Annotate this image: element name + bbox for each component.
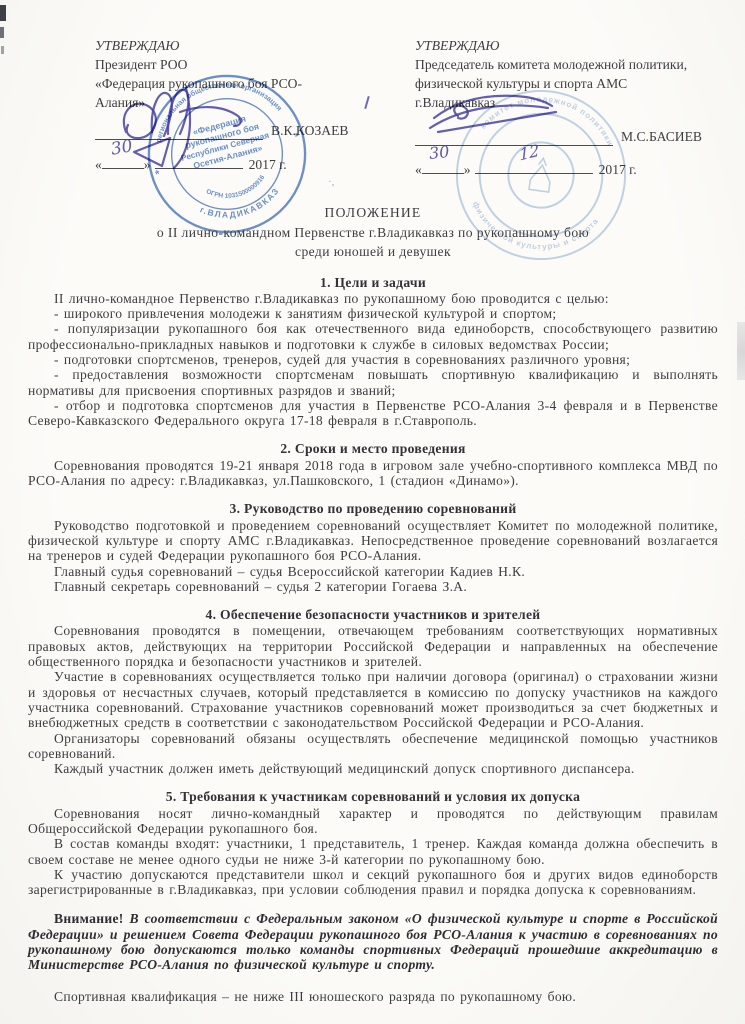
- approve-label: УТВЕРЖДАЮ: [415, 36, 737, 55]
- section-management: 3. Руководство по проведению соревновани…: [28, 501, 718, 594]
- handwritten-day: 30: [428, 142, 450, 163]
- quote-open: «: [95, 157, 102, 172]
- section-heading: 5. Требования к участникам соревнований …: [28, 789, 718, 804]
- document-subtitle: среди юношей и девушек: [28, 242, 718, 262]
- document-subtitle: о II лично-командном Первенстве г.Владик…: [28, 223, 718, 243]
- approve-label: УТВЕРЖДАЮ: [95, 36, 387, 55]
- document-body: ПОЛОЖЕНИЕ о II лично-командном Первенств…: [28, 203, 718, 1004]
- paragraph: К участию допускаются представители школ…: [28, 867, 718, 898]
- attention-text: В соответствии с Федеральным законом «О …: [28, 911, 718, 972]
- paragraph: Руководство подготовкой и проведением со…: [28, 518, 718, 564]
- paragraph: Организаторы соревнований обязаны осущес…: [28, 731, 718, 762]
- list-item: - подготовки спортсменов, тренеров, суде…: [28, 352, 718, 367]
- scan-edge-mark: [0, 5, 6, 21]
- paragraph: II лично-командное Первенство г.Владикав…: [28, 291, 718, 306]
- emblem-icon: [529, 157, 553, 192]
- scan-dot-mark: ·,: [328, 176, 334, 188]
- attention-paragraph: Внимание! В соответствии с Федеральным з…: [28, 911, 718, 972]
- scanned-document-page: ·, УТВЕРЖДАЮ Президент РОО «Федерация ру…: [0, 0, 745, 1024]
- section-heading: 2. Сроки и место проведения: [28, 441, 718, 456]
- section-dates-place: 2. Сроки и место проведения Соревнования…: [28, 441, 718, 488]
- section-heading: 3. Руководство по проведению соревновани…: [28, 501, 718, 516]
- list-item: - предоставления возможности спортсменам…: [28, 367, 718, 398]
- paragraph: Соревнования проводятся 19-21 января 201…: [28, 458, 718, 489]
- closing-paragraph: Спортивная квалификация – не ниже III юн…: [28, 989, 718, 1004]
- signature-kozaev: [112, 76, 292, 172]
- stamp-star: *: [294, 131, 302, 144]
- section-heading: 4. Обеспечение безопасности участников и…: [28, 607, 718, 622]
- section-safety: 4. Обеспечение безопасности участников и…: [28, 607, 718, 776]
- list-item: - широкого привлечения молодежи к заняти…: [28, 306, 718, 321]
- approver-title-line: Председатель комитета молодежной политик…: [415, 55, 737, 74]
- section-requirements: 5. Требования к участникам соревнований …: [28, 789, 718, 897]
- list-item: - популяризации рукопашного боя как отеч…: [28, 321, 718, 352]
- paragraph: В состав команды входят: участники, 1 пр…: [28, 836, 718, 867]
- paragraph: Соревнования носят лично-командный харак…: [28, 806, 718, 837]
- paragraph: Главный секретарь соревнований – судья 2…: [28, 579, 718, 594]
- scan-edge-mark: [1, 46, 4, 54]
- quote-open: «: [415, 162, 422, 177]
- paragraph: Главный судья соревнований – судья Всеро…: [28, 564, 718, 579]
- signature-basiev: [428, 88, 570, 136]
- section-goals: 1. Цели и задачи II лично-командное Перв…: [28, 275, 718, 429]
- attention-label: Внимание!: [54, 911, 124, 926]
- paragraph: Каждый участник должен иметь действующий…: [28, 761, 718, 776]
- paragraph: Соревнования проводятся в помещении, отв…: [28, 623, 718, 669]
- scan-edge-smudge: [737, 322, 745, 380]
- paragraph: Участие в соревнованиях осуществляется т…: [28, 669, 718, 730]
- document-title: ПОЛОЖЕНИЕ: [28, 203, 718, 223]
- scan-edge-mark: [0, 27, 4, 38]
- list-item: - отбор и подготовка спортсменов для уча…: [28, 398, 718, 429]
- document-title-block: ПОЛОЖЕНИЕ о II лично-командном Первенств…: [28, 203, 718, 262]
- section-heading: 1. Цели и задачи: [28, 275, 718, 290]
